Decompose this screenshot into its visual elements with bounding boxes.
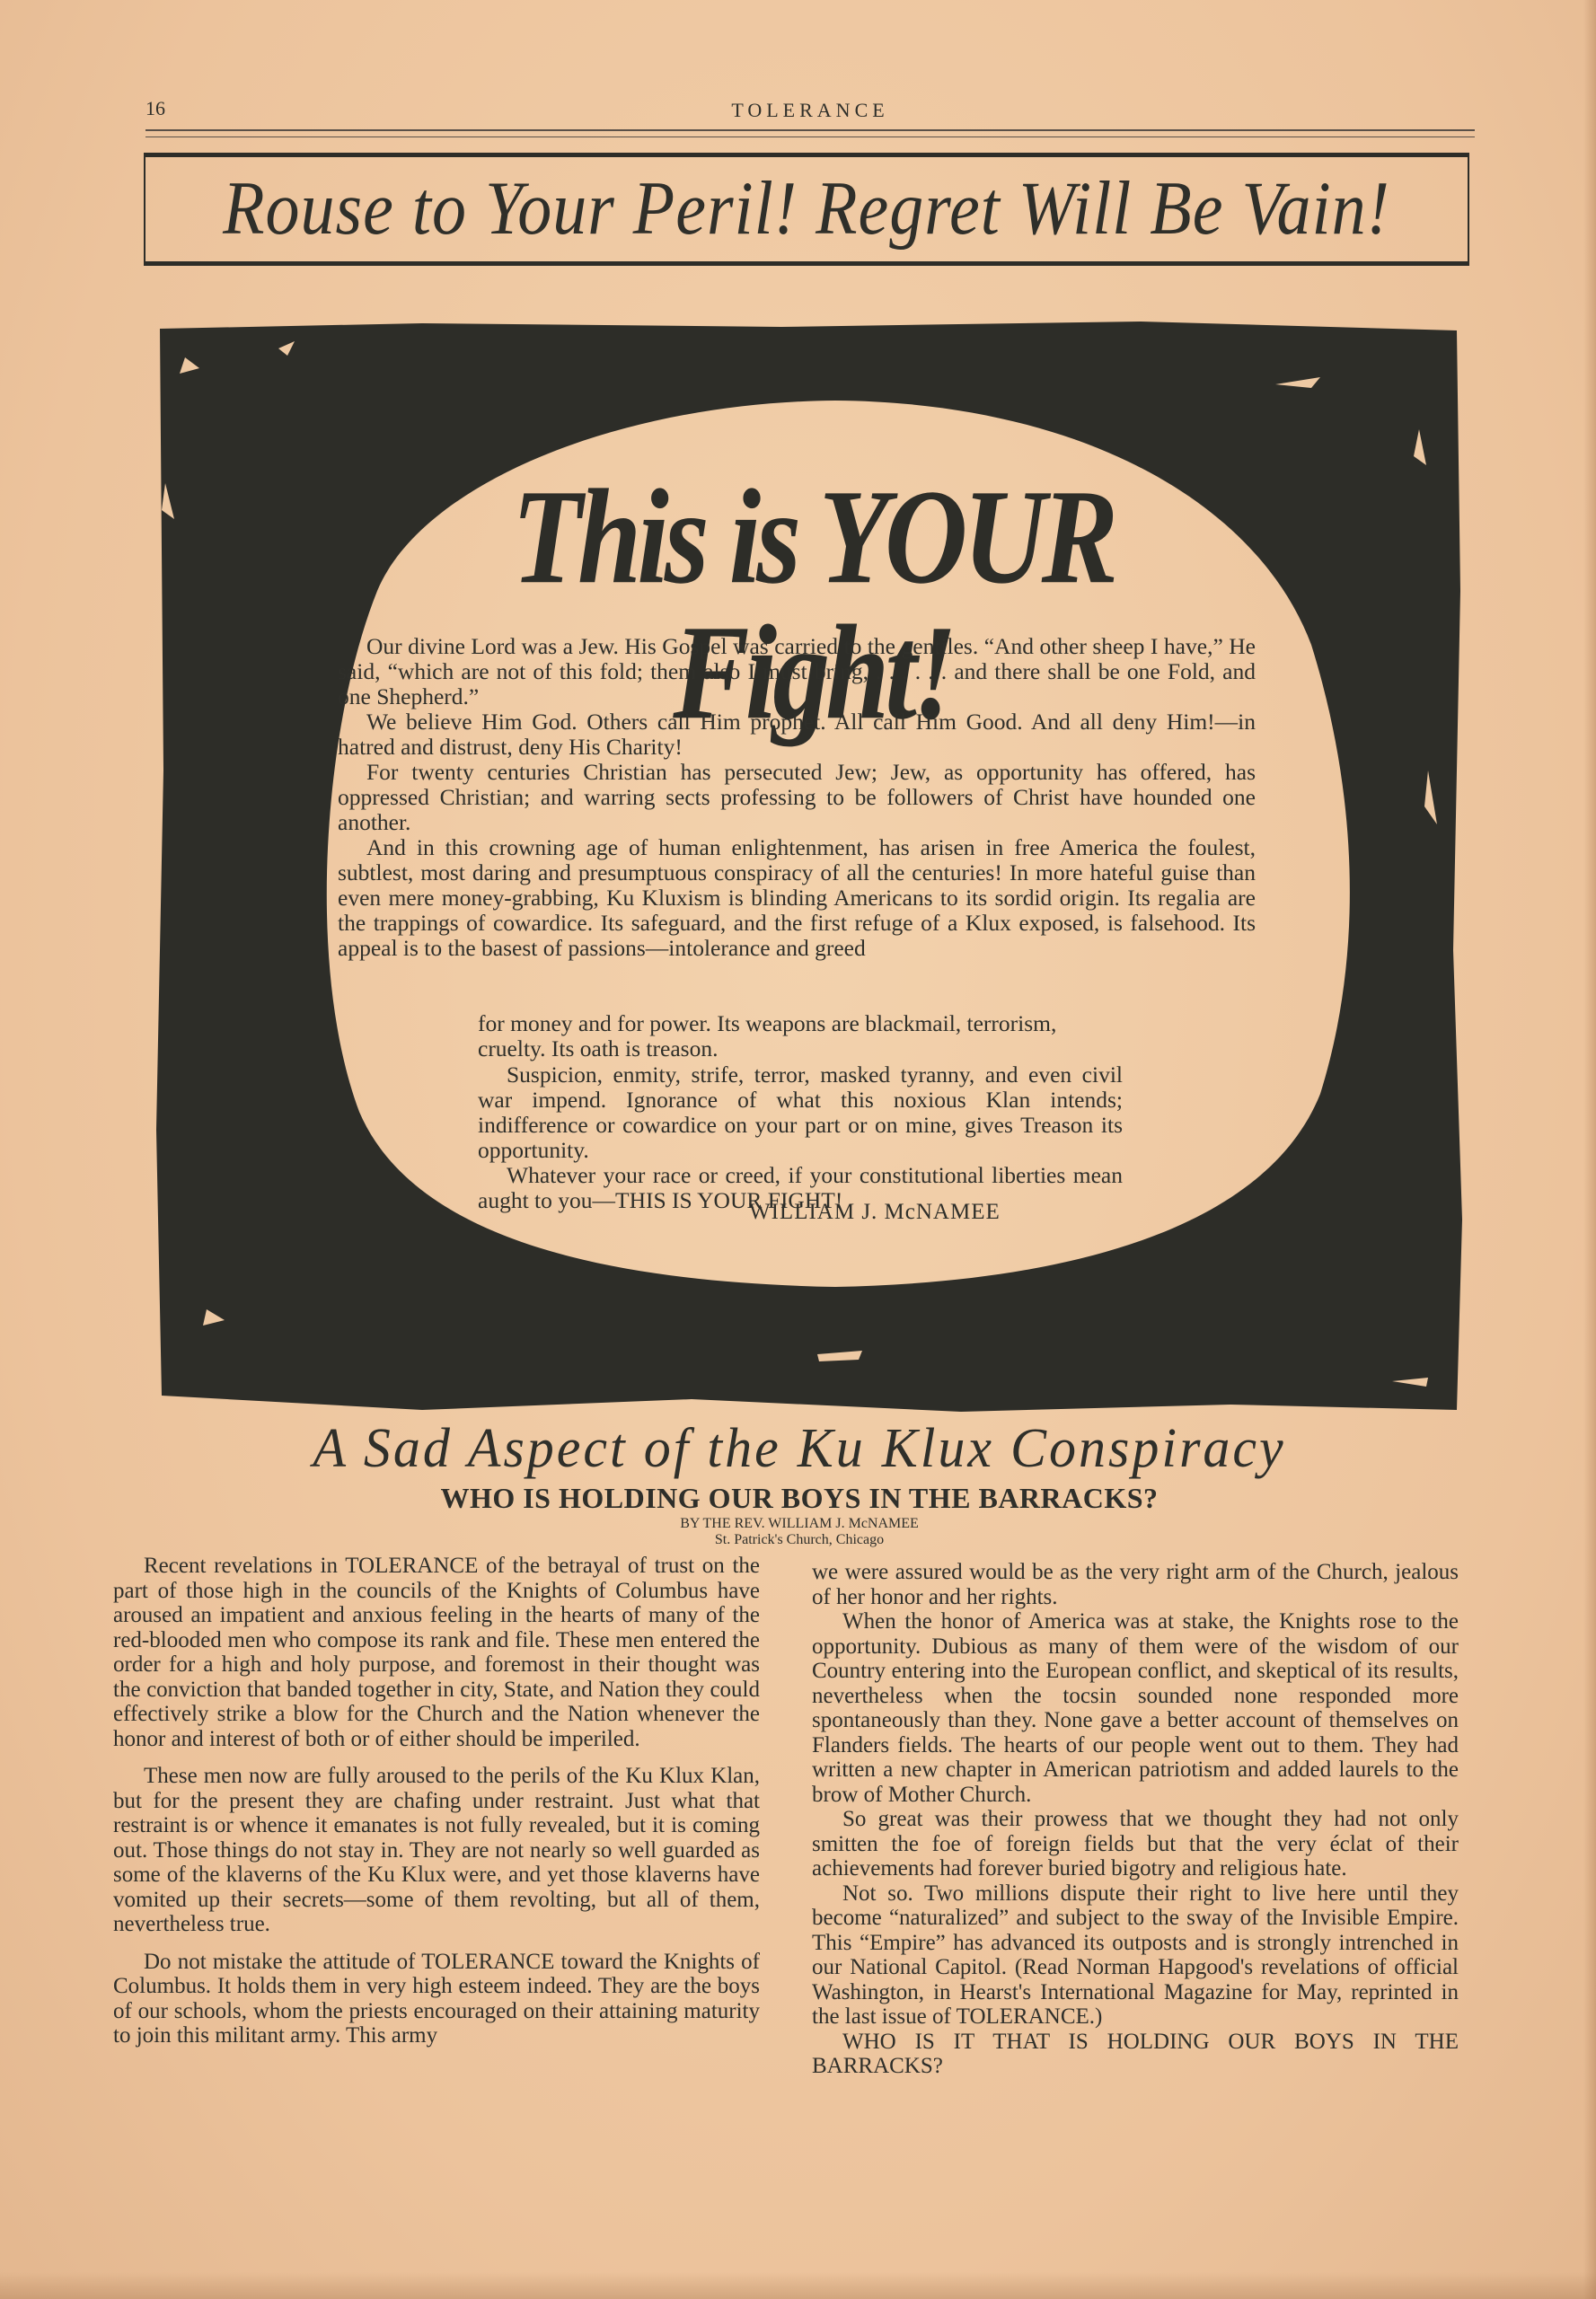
article-paragraph: Not so. Two millions dispute their right… bbox=[812, 1881, 1459, 2030]
article-paragraph: These men now are fully aroused to the p… bbox=[113, 1764, 760, 1937]
feature-body-narrow: Suspicion, enmity, strife, terror, maske… bbox=[478, 1062, 1123, 1213]
article-column-left: Recent revelations in TOLERANCE of the b… bbox=[113, 1554, 760, 2048]
article-subtitle: WHO IS HOLDING OUR BOYS IN THE BARRACKS? bbox=[144, 1482, 1455, 1515]
feature-continuation: for money and for power. Its weapons are… bbox=[478, 1011, 1123, 1061]
feature-paragraph: And in this crowning age of human enligh… bbox=[338, 835, 1256, 961]
article-column-right: we were assured would be as the very rig… bbox=[812, 1560, 1459, 2079]
page-edge-shadow bbox=[1583, 0, 1596, 2299]
banner-box: Rouse to Your Peril! Regret Will Be Vain… bbox=[144, 153, 1469, 266]
running-head: 16 TOLERANCE bbox=[145, 97, 1475, 124]
article-paragraph: Do not mistake the attitude of TOLERANCE… bbox=[113, 1950, 760, 2048]
byline-affiliation: St. Patrick's Church, Chicago bbox=[144, 1532, 1455, 1548]
article-paragraph: When the honor of America was at stake, … bbox=[812, 1609, 1459, 1807]
page-edge-shadow-bottom bbox=[0, 2272, 1596, 2299]
feature-paragraph: For twenty centuries Christian has perse… bbox=[338, 760, 1256, 835]
banner-headline: Rouse to Your Peril! Regret Will Be Vain… bbox=[145, 165, 1468, 252]
byline-author: BY THE REV. WILLIAM J. McNAMEE bbox=[144, 1516, 1455, 1532]
feature-paragraph: Our divine Lord was a Jew. His Gospel wa… bbox=[338, 634, 1256, 709]
feature-paragraph: Suspicion, enmity, strife, terror, maske… bbox=[478, 1062, 1123, 1163]
article-closing-question: WHO IS IT THAT IS HOLDING OUR BOYS IN TH… bbox=[812, 2030, 1459, 2079]
feature-paragraph: We believe Him God. Others call Him prop… bbox=[338, 709, 1256, 760]
header-rule bbox=[145, 129, 1475, 137]
article-paragraph: Recent revelations in TOLERANCE of the b… bbox=[113, 1554, 760, 1751]
article-title: A Sad Aspect of the Ku Klux Conspiracy bbox=[144, 1415, 1455, 1480]
article-byline: BY THE REV. WILLIAM J. McNAMEE St. Patri… bbox=[144, 1516, 1455, 1548]
article-paragraph: So great was their prowess that we thoug… bbox=[812, 1807, 1459, 1881]
article-paragraph-continued: we were assured would be as the very rig… bbox=[812, 1560, 1459, 1609]
feature-body: Our divine Lord was a Jew. His Gospel wa… bbox=[338, 634, 1256, 961]
feature-signature: WILLIAM J. McNAMEE bbox=[749, 1200, 1001, 1225]
publication-name: TOLERANCE bbox=[145, 99, 1475, 122]
